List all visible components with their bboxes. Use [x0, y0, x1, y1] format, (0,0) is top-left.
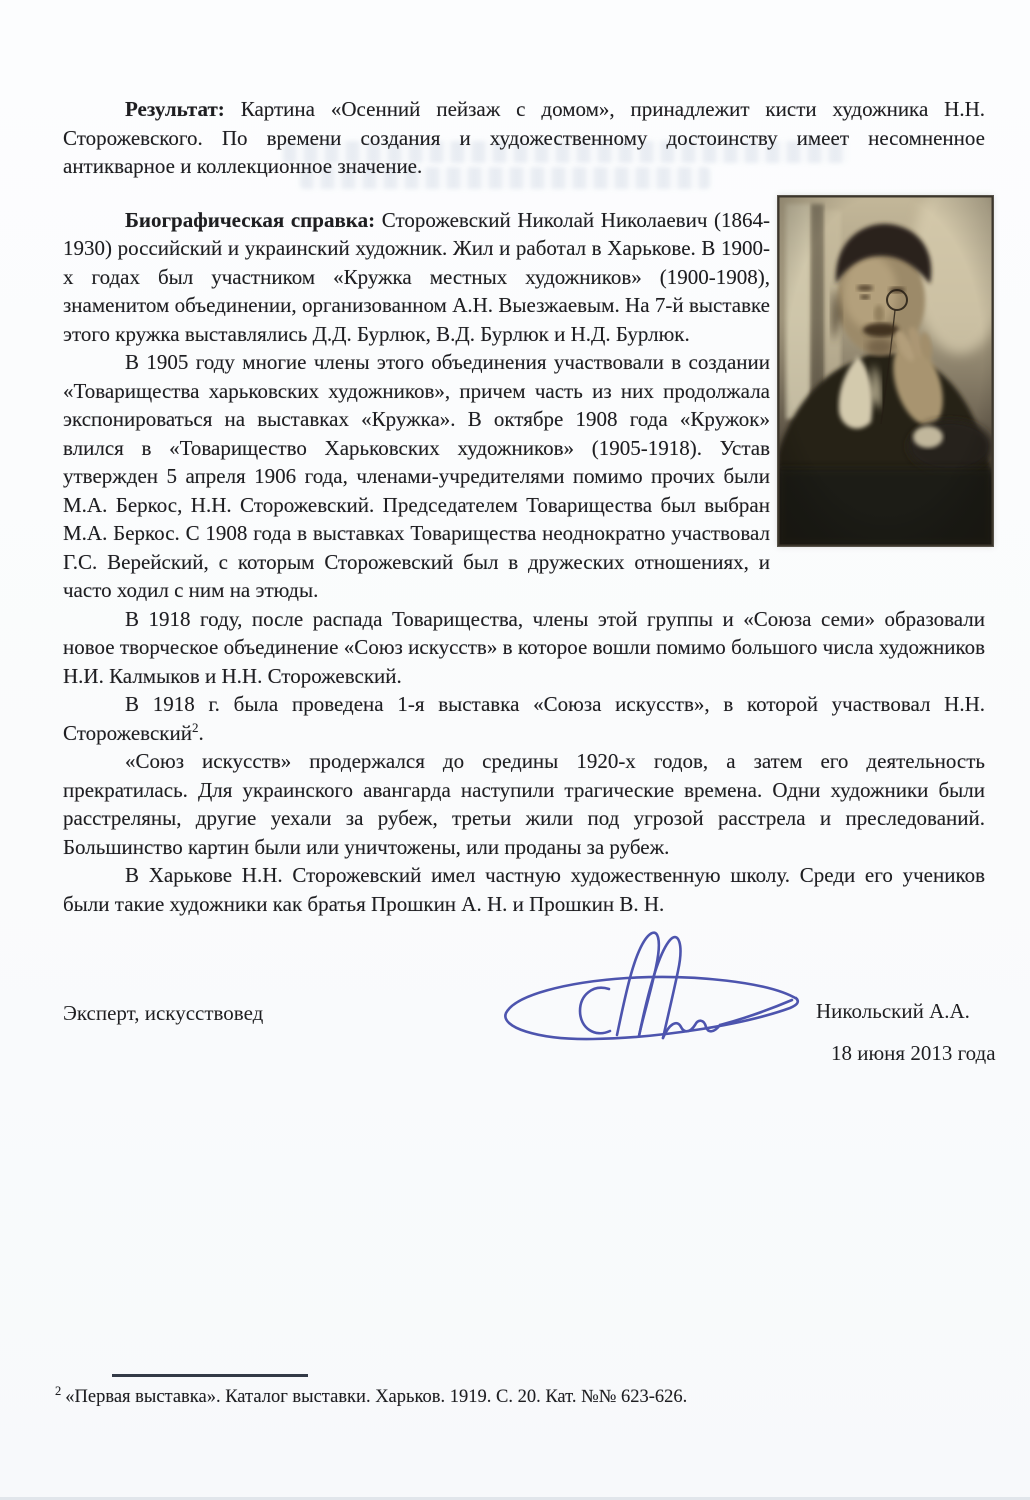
bio-paragraph-4-period: .: [198, 721, 203, 745]
bio-paragraph-1: Биографическая справка: Сторожевский Ник…: [63, 206, 770, 349]
handwritten-signature: [497, 927, 812, 1055]
bio-paragraph-6: В Харькове Н.Н. Сторожевский имел частну…: [63, 861, 985, 918]
portrait-photo-art: [778, 196, 993, 546]
footnote: 2«Первая выставка». Каталог выставки. Ха…: [55, 1385, 935, 1409]
signature-date: 18 июня 2013 года: [831, 1041, 996, 1066]
portrait-photo: [778, 196, 993, 546]
result-paragraph: Результат: Картина «Осенний пейзаж с дом…: [63, 95, 985, 181]
bio-paragraph-5: «Союз искусств» продержался до средины 1…: [63, 747, 985, 861]
result-label: Результат:: [125, 97, 225, 121]
scanned-document-page: Результат: Картина «Осенний пейзаж с дом…: [0, 0, 1030, 1500]
expert-role-label: Эксперт, искусствовед: [63, 1001, 263, 1026]
footnote-divider: [112, 1374, 308, 1377]
expert-name: Никольский А.А.: [816, 999, 970, 1024]
footnote-number: 2: [55, 1384, 61, 1398]
bio-paragraph-3: В 1918 году, после распада Товарищества,…: [63, 605, 985, 691]
bio-label: Биографическая справка:: [125, 208, 375, 232]
bio-paragraph-4: В 1918 г. была проведена 1-я выставка «С…: [63, 690, 985, 747]
footnote-text: «Первая выставка». Каталог выставки. Хар…: [65, 1387, 687, 1407]
bio-paragraph-2: В 1905 году многие члены этого объединен…: [63, 348, 770, 605]
